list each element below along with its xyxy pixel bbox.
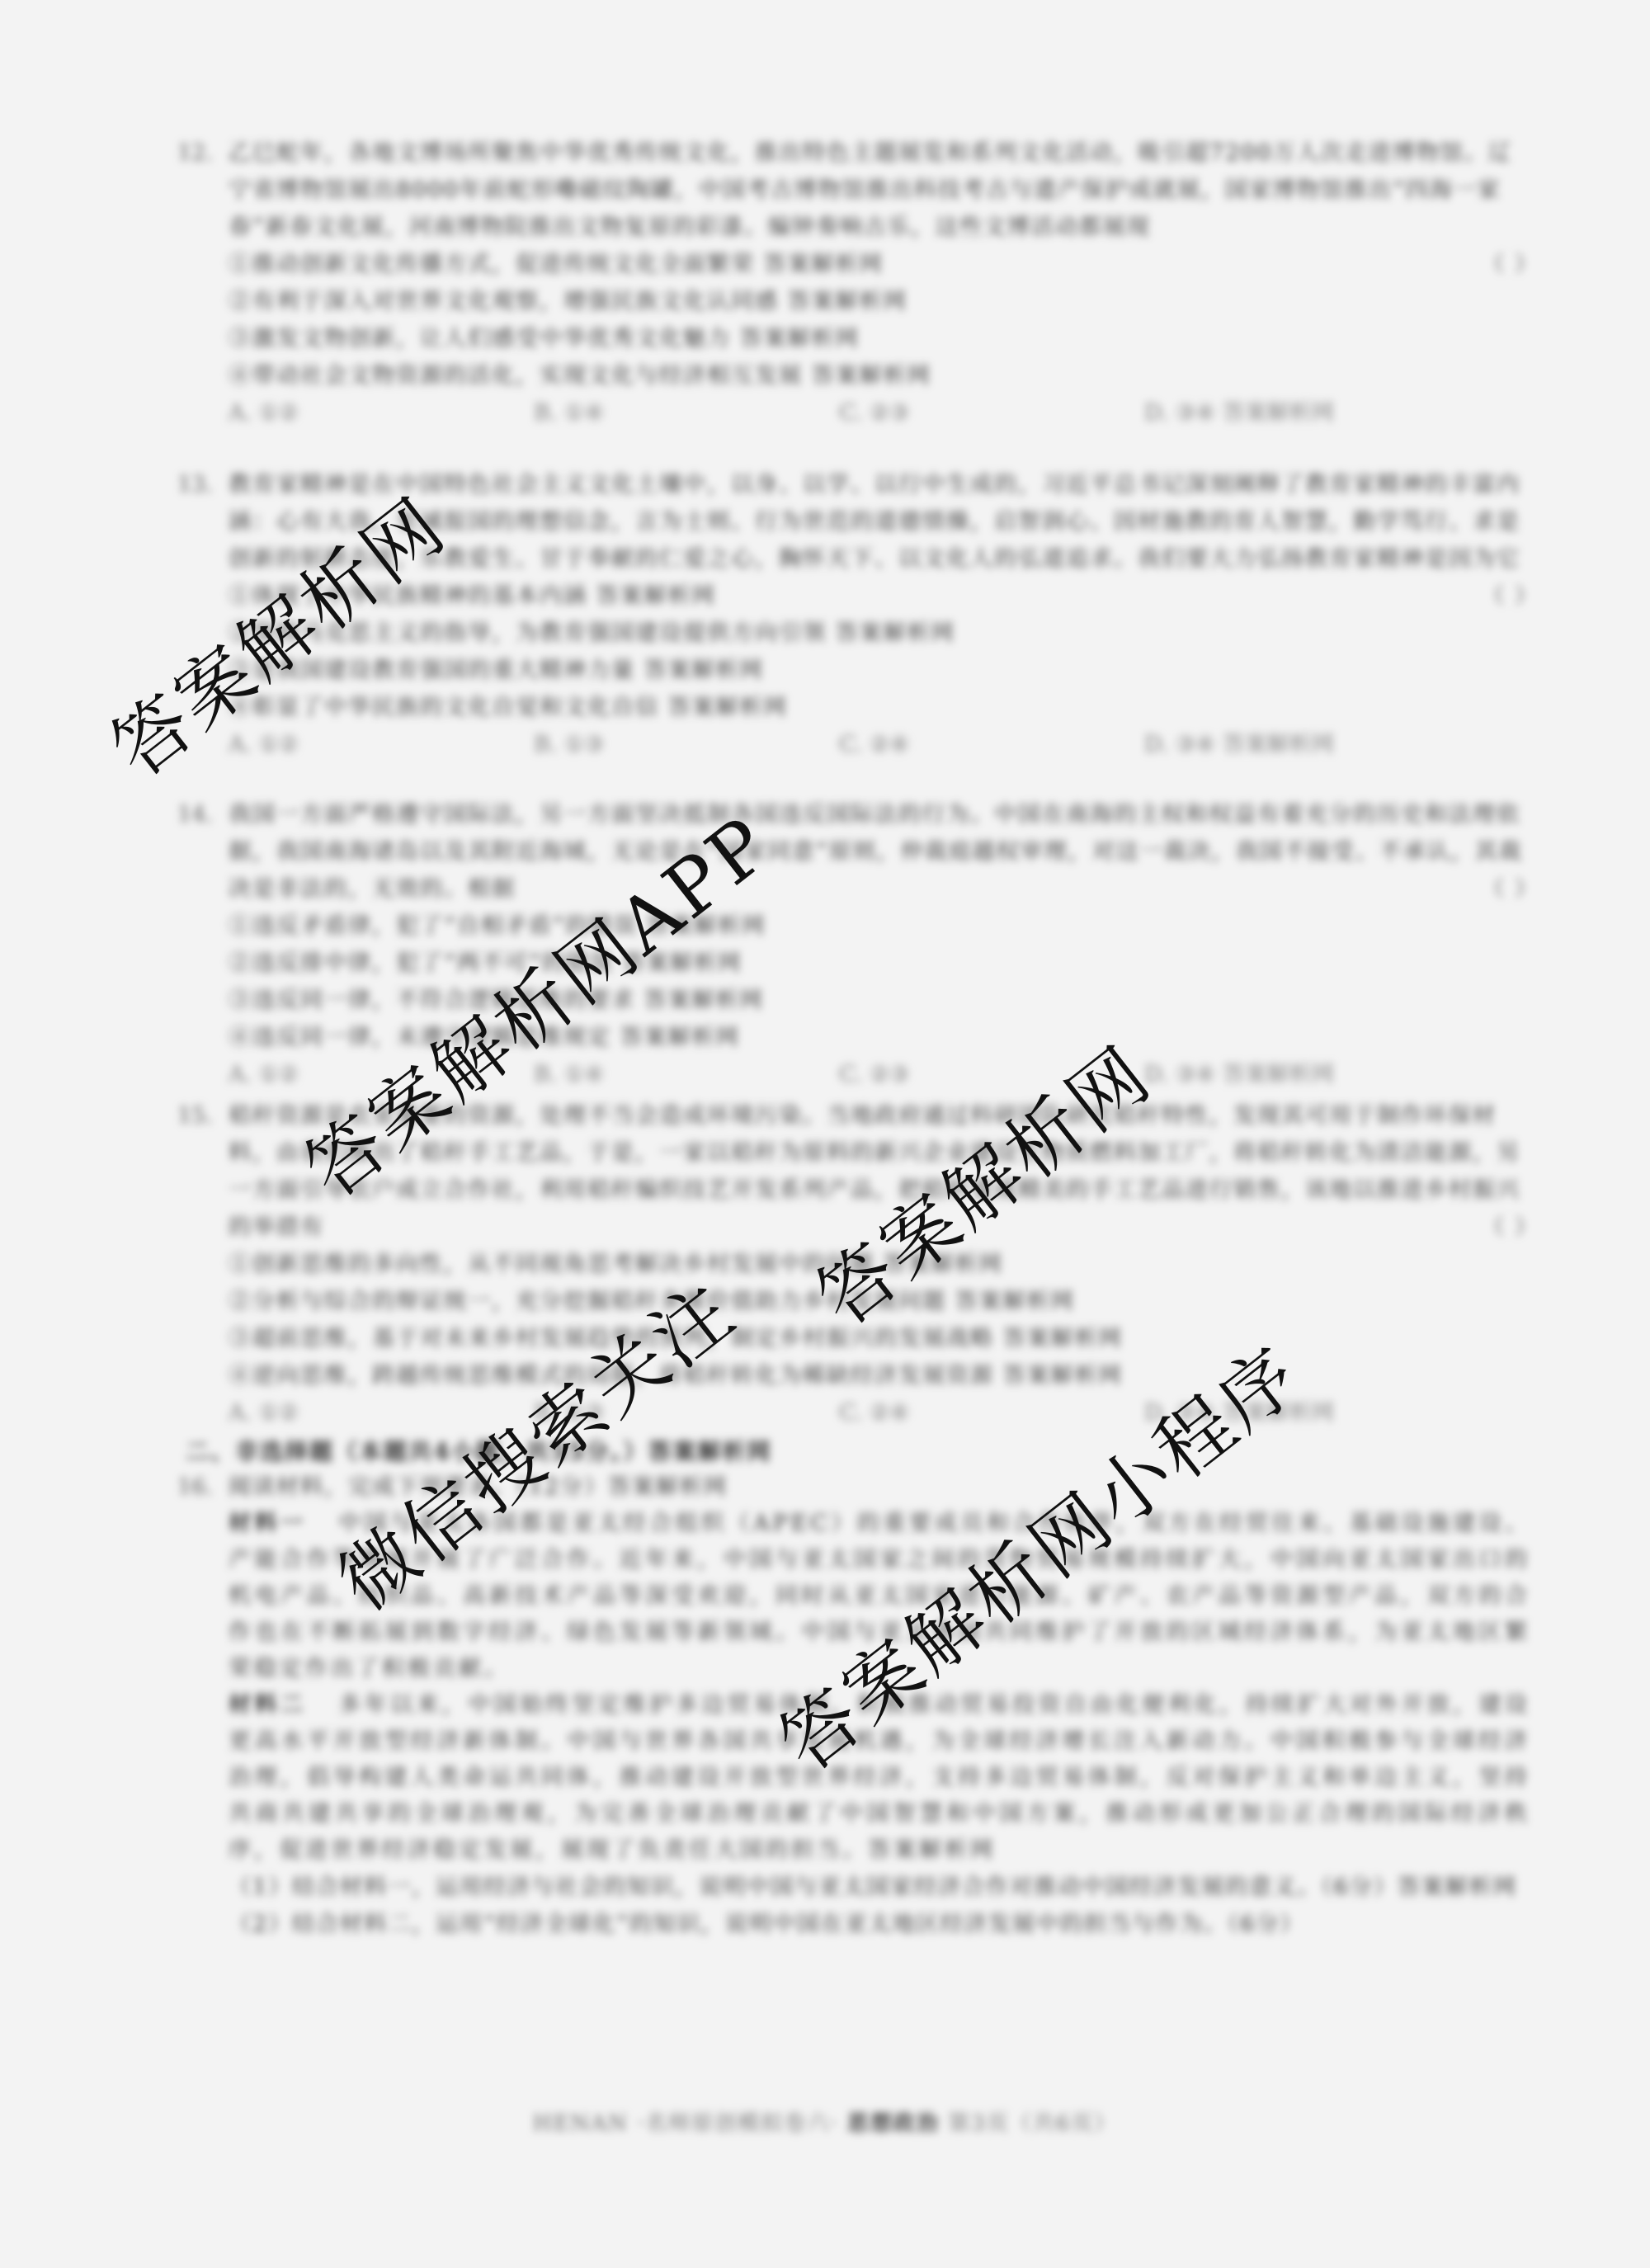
option: ③激发文物创新，让人们感受中华优秀文化魅力 答案解析网 xyxy=(229,320,1530,357)
footer-subject: 思想政治 xyxy=(847,2111,940,2136)
choice-b: B. ①③ xyxy=(534,726,839,763)
footer-page: 第3页（共6页） xyxy=(948,2111,1117,2136)
choice-a: A. ①② xyxy=(229,394,534,431)
answer-choices: A. ①② B. ①③ C. ②④ D. ③④ 答案解析网 xyxy=(229,726,1530,763)
option: ①推动创新文化传播方式，促进传统文化全面繁荣 答案解析网 xyxy=(229,246,1530,283)
answer-bracket: （ ） xyxy=(1482,578,1539,615)
choice-c: C. ②③ xyxy=(839,394,1144,431)
question-number: 14. xyxy=(177,796,227,833)
footer-code: HENAN xyxy=(533,2111,629,2136)
answer-choices: A. ①② B. ①④ C. ②③ D. ③④ 答案解析网 xyxy=(229,394,1530,431)
choice-b: B. ①④ xyxy=(534,394,839,431)
option: ②违反排中律，犯了“两不可”的错误 答案解析网 xyxy=(229,945,1530,982)
question-12: 12. 乙巳蛇年，各地文博场所聚焦中华优秀传统文化，推出特色主题展览和系列文化活… xyxy=(177,134,1530,431)
option: ③违反同一律，不符合逻辑思维的要求 答案解析网 xyxy=(229,982,1530,1019)
option: ④带动社会文物资源的活化，实现文化与经济相互发展 答案解析网 xyxy=(229,357,1530,394)
footer-exam: ·名师原创模拟卷六· xyxy=(637,2111,839,2136)
answer-bracket: （ ） xyxy=(1482,870,1539,908)
option: ③是我国建设教育强国的重大精神力量 答案解析网 xyxy=(229,652,1530,689)
question-number: 15. xyxy=(177,1097,227,1134)
choice-a: A. ①② xyxy=(229,726,534,763)
exam-page: 12. 乙巳蛇年，各地文博场所聚焦中华优秀传统文化，推出特色主题展览和系列文化活… xyxy=(0,0,1650,2268)
question-stem: 我国一方面严格遵守国际法，另一方面坚决抵制各国违反国际法的行为。中国在南海的主权… xyxy=(229,796,1530,908)
answer-bracket: （ ） xyxy=(1482,1209,1539,1246)
choice-b: B. ①④ xyxy=(534,1056,839,1093)
choice-d: D. ③④ 答案解析网 xyxy=(1144,1056,1334,1093)
choice-d: D. ③④ 答案解析网 xyxy=(1144,394,1334,431)
material-label: 材料一 xyxy=(229,1511,306,1536)
material-label: 材料二 xyxy=(229,1692,306,1718)
question-number: 13. xyxy=(177,466,227,503)
option: ①违反矛盾律，犯了“自相矛盾”的错误 答案解析网 xyxy=(229,908,1530,945)
choice-c: C. ②④ xyxy=(839,1394,1144,1431)
answer-bracket: （ ） xyxy=(1482,246,1539,283)
option: ④逆向思维，跨越传统思维模式的局限，将秸秆转化为稀缺经济发展资源 答案解析网 xyxy=(229,1357,1530,1394)
question-stem: 乙巳蛇年，各地文博场所聚焦中华优秀传统文化，推出特色主题展览和系列文化活动，吸引… xyxy=(229,134,1530,246)
option: ②有利于深入对世界文化观察，增强民族文化认同感 答案解析网 xyxy=(229,283,1530,320)
option: ④彰显了中华民族的文化自觉和文化自信 答案解析网 xyxy=(229,689,1530,726)
choice-d: D. ③④ 答案解析网 xyxy=(1144,726,1334,763)
question-14: 14. 我国一方面严格遵守国际法，另一方面坚决抵制各国违反国际法的行为。中国在南… xyxy=(177,796,1530,1093)
choice-c: C. ②④ xyxy=(839,726,1144,763)
sub-question-2: （2）结合材料二，运用“经济全球化”的知识，说明中国在亚太地区经济发展中的担当与… xyxy=(229,1906,1530,1943)
option: ②坚持马克思主义的指导，为教育强国建设提供方向引领 答案解析网 xyxy=(229,615,1530,652)
answer-choices: A. ①② B. ①③ C. ②④ D. ③④ 答案解析网 xyxy=(229,1394,1530,1431)
question-number: 16. xyxy=(177,1469,227,1506)
sub-question-1: （1）结合材料一，运用经济与社会的知识，说明中国与亚太国家经济合作对推动中国经济… xyxy=(229,1869,1530,1906)
question-number: 12. xyxy=(177,134,227,172)
page-footer: HENAN ·名师原创模拟卷六· 思想政治 第3页（共6页） xyxy=(0,2106,1650,2137)
